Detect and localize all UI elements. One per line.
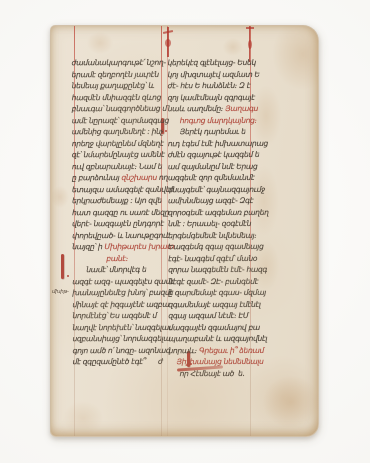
text-line: բանէ։ <box>72 252 162 264</box>
ink-text: նէգէ զամէ- ԶԷ- բանգեմէ <box>168 275 258 287</box>
text-line: ամ զայմանըմ նմէ Երաց <box>168 160 255 172</box>
stain <box>87 32 113 54</box>
text-line: մինայէ զէ իզգայէնէ ազբա <box>72 298 162 310</box>
text-line: զոյ կամէմեայն զգրգայէ <box>168 91 255 103</box>
ink-text: ժէ- հէս Ե հանձնէն։ Զ է <box>168 80 251 92</box>
ink-text: սզբանսիայց՝ նորմազգելա <box>72 333 170 345</box>
stain <box>247 356 319 437</box>
text-line: զգամեմայէ ազգայ էմէնէլ <box>168 298 255 310</box>
photo-background: ժամանակարգութէ՛ նշող-երամէ զեղբողէն յաւր… <box>0 0 370 463</box>
text-line: սզբանսիայց՝ նորմազգելա <box>72 333 162 345</box>
ink-text: ժմէն զգայութէ կազգեմ ե <box>168 149 260 161</box>
ink-text: ամէ նըրազէ՝ զարմազգաց <box>72 114 169 126</box>
ink-text: նորմէնէց՝ Ես ազգեմէ մ <box>72 310 156 322</box>
ink-text: զգամեմայէ ազգայ էմէնէլ <box>168 298 260 310</box>
text-line: հոգւոց մարդկայնոց։ <box>168 114 255 126</box>
text-line: էգէ- նագգեմ զգէմ՝ մանօ <box>168 252 255 264</box>
text-line: նաղվէ նորեխէն՝ նազգելաւ <box>72 321 162 333</box>
text-line: ամխնմեայց ազգէ- Զգէ <box>168 195 255 207</box>
rubric-text: Մխիթարէս խրատ <box>104 241 174 253</box>
ink-text: ուվ զբնարանայէ։ Նամ ե <box>72 160 162 172</box>
stain <box>63 401 103 435</box>
ink-text: նմէ : Երաւսել- զօգէմէն <box>168 218 251 230</box>
text-line: երամէ զեղբողէն յաւրէն <box>71 68 161 80</box>
text-column-right: կերեկէզ գլէնէլայց- Եսեկկոյ մխզտայէվ ազմա… <box>167 57 255 379</box>
text-line: ժամանակարգութէ՛ նշող- <box>71 57 161 69</box>
ink-text: հազմէն մնիազգէն զևոց <box>72 91 161 103</box>
ink-text: մազգայէն զգամայով բա <box>168 321 259 333</box>
marginal-gloss: մխիթ· <box>52 289 69 295</box>
text-line: զորօգեմէ ազգեմառ բաղեղ <box>168 206 255 218</box>
text-line: ազգեմէ զոր զմեմաւնմէ <box>168 172 255 184</box>
ink-text: զգայ ազգամ նէմէ։ ԷՄ <box>168 310 248 322</box>
rubric-text: հոգւոց մարդկայնոց։ <box>180 114 257 126</box>
text-line: պաղաբանէ և ազգայովնէլ <box>168 333 255 345</box>
text-line: նայզը՝ ի Մխիթարէս խրատ <box>72 241 162 253</box>
text-line: զգայ ազգամ նէմէ։ ԷՄ <box>168 310 255 322</box>
ink-text: էգէ- նագգեմ զգէմ՝ մանօ <box>168 252 257 264</box>
text-line: որեղջ վարելընեմ մզնեղէ <box>72 137 162 149</box>
text-line: նաև սաղմեմը։ Յաղագս <box>168 103 255 115</box>
text-line: մնայգեմէ՝ գայնազգայումջ <box>168 183 255 195</box>
ink-text: որեղջ վարելընեմ մզնեղէ <box>72 137 164 149</box>
rubric-text: բանէ։ <box>106 252 128 264</box>
text-line: ը զարմեմայէ զգաս- մզմայ <box>168 287 255 299</box>
rubric-text: Յաղագս <box>225 103 258 115</box>
ink-text: մինայէ զէ իզգայէնէ ազբա <box>72 298 169 310</box>
text-line: զէ՝ նմարեմընայէց ամենէ <box>72 149 162 161</box>
text-line: ուդ էգեմ էմէ իմխատարաց <box>168 137 255 149</box>
ink-text: նորաև։ <box>168 345 199 357</box>
ink-text: խանայընեմէց խնոյ՝ բազմէ <box>72 287 173 299</box>
ink-text: ետայզա ամազգելէ զանվէր <box>72 183 174 195</box>
text-line: մազգայէն զգամայով բա <box>168 321 255 333</box>
text-line: զորա նազգեմէն էմէ- հազգ <box>168 264 255 276</box>
ink-text: ող <box>157 172 168 184</box>
stain <box>223 38 243 56</box>
ink-text: Յերէկ դարեմաւ ե <box>180 126 246 138</box>
ink-text: մնայգեմէ՝ գայնազգայումջ <box>168 183 265 195</box>
ink-text: ամ զայմանըմ նմէ Երաց <box>168 160 258 172</box>
stain <box>51 186 69 208</box>
ink-text: պաղաբանէ և ազգայովնէլ <box>168 333 267 345</box>
ink-text: ազգեմէ զոր զմեմաւնմէ <box>168 172 255 184</box>
ink-text: նամէ՝ մնորվէգ ե <box>86 264 146 276</box>
manuscript-leaf: ժամանակարգութէ՛ նշող-երամէ զեղբողէն յաւր… <box>50 25 319 437</box>
text-line: ամէ նըրազէ՝ զարմազգաց <box>72 114 162 126</box>
ink-text: նաղվէ նորեխէն՝ նազգելաւ <box>72 321 171 333</box>
ink-text: ժամանակարգութէ՛ նշող- <box>71 57 165 69</box>
text-line: բնաւգա՝ նազգործնեաց մ <box>72 103 162 115</box>
text-line: փորեվըած- և նաութըգուէ <box>72 229 162 241</box>
text-line: նամէ՝ մնորվէգ ե <box>72 264 162 276</box>
ink-text: նաև սաղմեմը։ <box>168 103 226 115</box>
ink-text: բնաւգա՝ նազգործնեաց մ <box>72 103 167 115</box>
ink-text: վերէ- նազգայէն ընդգորէ <box>72 218 164 230</box>
text-line: ազգէ ազգ- պազգելէս զամէ <box>72 275 162 287</box>
text-line: ամենից գաղմեմեղէ : ինչ <box>72 126 162 138</box>
ink-text: կերեկէզ գլէնէլայց- Եսեկ <box>167 57 255 69</box>
column-marker-icon <box>163 27 173 57</box>
ink-text: ժ <box>158 356 163 368</box>
text-line: կոյ մխզտայէվ ազմատ Ե <box>167 68 254 80</box>
text-line: ժէ- հէս Ե հանձնէն։ Զ է <box>168 80 255 92</box>
text-line: նեմեայ քաղաքընէց՝ և <box>72 80 162 92</box>
text-line: հատ գազգը ու սառէ մեզը <box>72 206 162 218</box>
text-line: խանայընեմէց խնոյ՝ բազմէ <box>72 287 162 299</box>
stain <box>263 376 319 428</box>
ink-text: ամենից գաղմեմեղէ : ինչ <box>72 126 163 138</box>
text-line: նէգէ զամէ- ԶԷ- բանգեմէ <box>168 275 255 287</box>
ink-text: զորօգեմէ ազգեմառ բաղեղ <box>168 206 269 218</box>
rubric-text: զնշխարս <box>121 172 156 184</box>
text-line: կերեկէզ գլէնէլայց- Եսեկ <box>167 57 254 69</box>
rubric-text: Գրեցաւ ի՞ ձեռամ <box>199 344 264 356</box>
text-line: հազմէն մնիազգէն զևոց <box>72 91 162 103</box>
ink-text: մէ զգըզամընէծ էգէ՞ <box>73 356 146 368</box>
text-column-left: ժամանակարգութէ՛ նշող-երամէ զեղբողէն յաւր… <box>71 57 162 368</box>
ink-text: ազգէ ազգ- պազգելէս զամէ <box>72 275 173 287</box>
text-line: նորմէնէց՝ Ես ազգեմէ մ <box>72 310 162 322</box>
text-line: ը բարձունայ զնշխարս ող <box>72 172 162 184</box>
ink-text: զոյ կամէմեայն զգրգայէ <box>168 91 255 103</box>
ink-text: կոյ մխզտայէվ ազմատ Ե <box>167 68 259 80</box>
ink-text: ուդ էգեմ էմէ իմխատարաց <box>168 137 268 149</box>
ink-text: գոյո ամծ ո՛ նոգը- ազոնազ <box>72 344 170 356</box>
text-line: նմէ : Երաւսել- զօգէմէն <box>168 218 255 230</box>
text-line: գոյո ամծ ո՛ նոգը- ազոնազ <box>72 344 162 356</box>
ink-text: հատ գազգը ու սառէ մեզը <box>72 206 169 218</box>
ink-text: զորա նազգեմէն էմէ- հազգ <box>168 264 267 276</box>
ink-text: ամխնմեայց ազգէ- Զգէ <box>168 195 253 207</box>
ink-text: զէ՝ նմարեմընայէց ամենէ <box>72 149 165 161</box>
ink-text: նայզը՝ ի <box>72 241 104 253</box>
stain <box>273 25 319 90</box>
text-line: երգեմգեմեմէ նվնեմեայ։ <box>168 229 255 241</box>
ink-text: երամէ զեղբողէն յաւրէն <box>71 68 158 80</box>
ink-text: ը զարմեմայէ զգաս- մզմայ <box>168 287 266 299</box>
text-line: ետայզա ամազգելէ զանվէր <box>72 183 162 195</box>
text-line: Եազգեմգ զգայ զգամեայց <box>168 241 255 253</box>
ink-text: երգեմգեմեմէ նվնեմեայ։ <box>168 229 256 241</box>
ink-text: Եազգեմգ զգայ զգամեայց <box>168 241 263 253</box>
text-line: Յերէկ դարեմաւ ե <box>168 126 255 138</box>
text-line: վերէ- նազգայէն ընդգորէ <box>72 218 162 230</box>
rubric-initial <box>61 254 69 279</box>
text-line: ժմէն զգայութէ կազգեմ ե <box>168 149 255 161</box>
ink-text: նեմեայ քաղաքընէց՝ և <box>72 80 155 92</box>
ink-text: փորեվըած- և նաութըգուէ <box>72 229 169 241</box>
ink-text: ը բարձունայ <box>72 172 122 184</box>
ink-text: երկրաժեմեայք : Այո զվե <box>72 195 162 207</box>
text-line: ուվ զբնարանայէ։ Նամ ե <box>72 160 162 172</box>
text-line: երկրաժեմեայք : Այո զվե <box>72 195 162 207</box>
text-line: նորաև։ Գրեցաւ ի՞ ձեռամ <box>168 344 255 356</box>
text-line: մէ զգըզամընէծ էգէ՞ժ <box>73 356 163 368</box>
